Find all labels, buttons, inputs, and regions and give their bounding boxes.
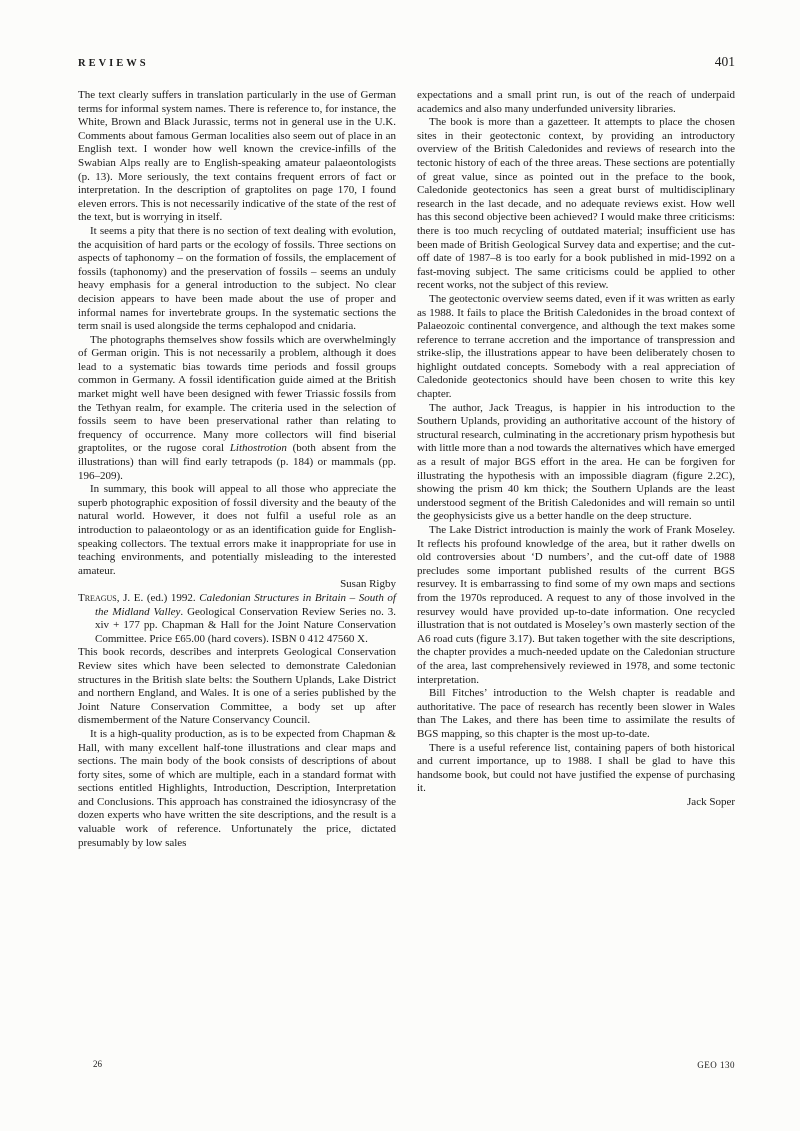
- paragraph: The Lake District introduction is mainly…: [417, 524, 735, 687]
- paragraph: There is a useful reference list, contai…: [417, 742, 735, 796]
- reviewer-signature: Jack Soper: [417, 796, 735, 810]
- citation-text: , J. E. (ed.) 1992.: [117, 592, 200, 604]
- paragraph: In summary, this book will appeal to all…: [78, 483, 396, 578]
- paragraph: It seems a pity that there is no section…: [78, 225, 396, 334]
- paragraph: It is a high-quality production, as is t…: [78, 728, 396, 850]
- paragraph: This book records, describes and interpr…: [78, 646, 396, 728]
- reviewer-signature: Susan Rigby: [78, 578, 396, 592]
- section-label: REVIEWS: [78, 58, 149, 69]
- paragraph: The geotectonic overview seems dated, ev…: [417, 293, 735, 402]
- paragraph: Bill Fitches’ introduction to the Welsh …: [417, 687, 735, 741]
- taxon-name-italic: Lithostrotion: [230, 442, 287, 454]
- left-column: The text clearly suffers in translation …: [78, 89, 396, 850]
- paragraph: The book is more than a gazetteer. It at…: [417, 116, 735, 293]
- footer-journal-code: GEO 130: [697, 1060, 735, 1070]
- page-header: REVIEWS 401: [78, 54, 735, 70]
- citation-author: Treagus: [78, 592, 117, 604]
- footer-sheet-number: 26: [93, 1059, 102, 1069]
- paragraph-text: The photographs themselves show fossils …: [78, 334, 396, 455]
- paragraph: The author, Jack Treagus, is happier in …: [417, 402, 735, 524]
- paragraph: The photographs themselves show fossils …: [78, 334, 396, 484]
- right-column: expectations and a small print run, is o…: [417, 89, 735, 850]
- two-column-body: The text clearly suffers in translation …: [78, 89, 735, 850]
- book-citation: Treagus, J. E. (ed.) 1992. Caledonian St…: [78, 592, 396, 646]
- journal-page: REVIEWS 401 The text clearly suffers in …: [0, 0, 800, 1131]
- paragraph: expectations and a small print run, is o…: [417, 89, 735, 116]
- page-number: 401: [715, 54, 735, 70]
- paragraph: The text clearly suffers in translation …: [78, 89, 396, 225]
